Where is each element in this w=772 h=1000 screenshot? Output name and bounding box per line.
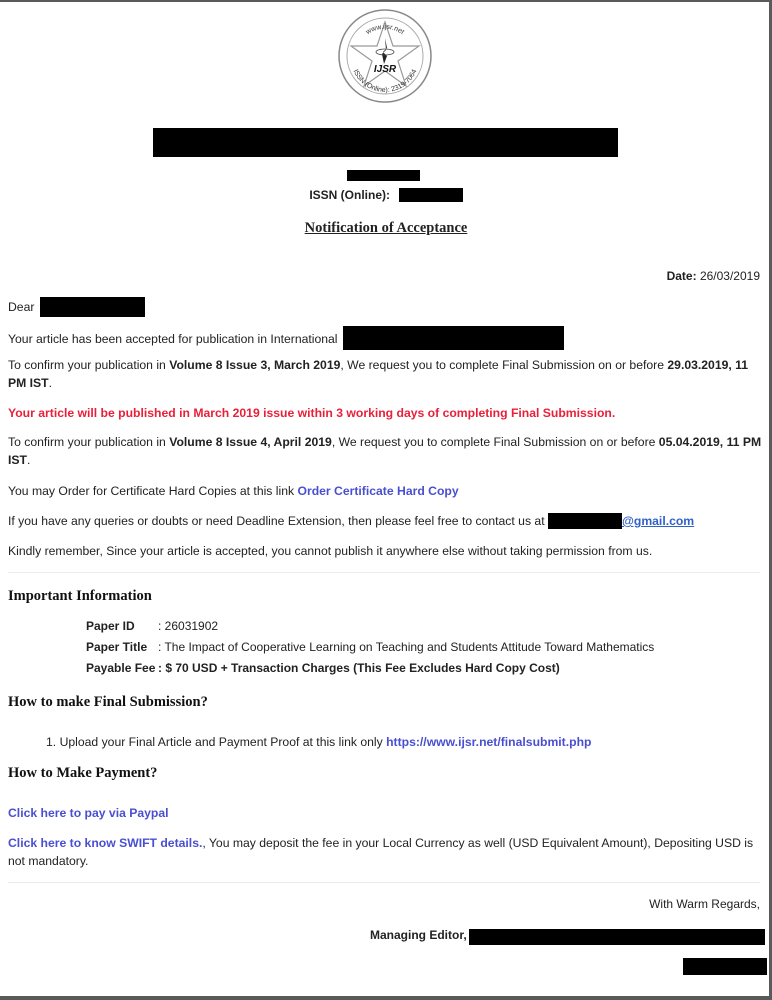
confirm-volume8-issue3: To confirm your publication in Volume 8 … (8, 356, 764, 392)
info-row-paper-title: Paper Title: The Impact of Cooperative L… (86, 639, 654, 655)
confirm1-prefix: To confirm your publication in (8, 358, 169, 372)
divider (8, 572, 760, 573)
confirm-volume8-issue4: To confirm your publication in Volume 8 … (8, 433, 764, 469)
payment-heading: How to Make Payment? (8, 765, 157, 782)
issn-value-redacted (399, 188, 463, 202)
editor-role: Managing Editor, (370, 928, 467, 942)
editor-name-redacted (469, 929, 765, 945)
contact-email-link[interactable]: @gmail.com (622, 514, 694, 528)
journal-subtitle-redacted (347, 170, 420, 181)
svg-text:IJSR: IJSR (374, 64, 397, 75)
confirm2-prefix: To confirm your publication in (8, 435, 169, 449)
regards-text: With Warm Regards, (649, 897, 760, 911)
final-submission-step: 1. Upload your Final Article and Payment… (46, 733, 746, 751)
page-title: Notification of Acceptance (0, 220, 772, 237)
recipient-redacted (40, 297, 145, 317)
certificate-line: You may Order for Certificate Hard Copie… (8, 482, 764, 500)
publish-notice: Your article will be published in March … (8, 404, 764, 422)
certificate-text: You may Order for Certificate Hard Copie… (8, 484, 297, 498)
divider (8, 882, 760, 883)
issn-line: ISSN (Online): (0, 188, 772, 202)
final-submission-heading: How to make Final Submission? (8, 694, 208, 711)
issn-label: ISSN (Online): (309, 188, 390, 202)
confirm1-issue: Volume 8 Issue 3, March 2019 (169, 358, 340, 372)
journal-redacted (343, 326, 564, 350)
step-text: Upload your Final Article and Payment Pr… (60, 735, 387, 749)
paypal-link[interactable]: Click here to pay via Paypal (8, 806, 169, 820)
step-number: 1. (46, 735, 56, 749)
confirm2-issue: Volume 8 Issue 4, April 2019 (169, 435, 332, 449)
info-label: Payable Fee (86, 660, 158, 676)
contact-line: If you have any queries or doubts or nee… (8, 512, 764, 530)
swift-line: Click here to know SWIFT details., You m… (8, 834, 764, 870)
final-submit-link[interactable]: https://www.ijsr.net/finalsubmit.php (386, 735, 591, 749)
info-value: : The Impact of Cooperative Learning on … (158, 640, 654, 654)
paypal-line: Click here to pay via Paypal (8, 804, 764, 822)
info-row-paper-id: Paper ID: 26031902 (86, 618, 218, 634)
confirm2-middle: , We request you to complete Final Submi… (332, 435, 659, 449)
date-label: Date: (667, 269, 697, 283)
journal-seal-logo-icon: IJSR www.ijsr.net ISSN (Online): 2319-70… (337, 8, 433, 104)
order-certificate-link[interactable]: Order Certificate Hard Copy (297, 484, 458, 498)
greeting-text: Dear (8, 300, 34, 314)
contact-text: If you have any queries or doubts or nee… (8, 514, 548, 528)
info-label: Paper Title (86, 639, 158, 655)
greeting: Dear (8, 297, 764, 317)
acceptance-sentence: Your article has been accepted for publi… (8, 332, 338, 346)
acceptance-text: Your article has been accepted for publi… (8, 326, 764, 350)
important-info-heading: Important Information (8, 588, 152, 605)
reminder-text: Kindly remember, Since your article is a… (8, 542, 764, 560)
swift-details-link[interactable]: Click here to know SWIFT details. (8, 836, 202, 850)
info-label: Paper ID (86, 618, 158, 634)
managing-editor-line: Managing Editor, (370, 928, 467, 942)
letter-date: Date: 26/03/2019 (667, 269, 760, 283)
info-row-payable-fee: Payable Fee: $ 70 USD + Transaction Char… (86, 660, 560, 676)
confirm2-suffix: . (27, 453, 30, 467)
info-value: : 26031902 (158, 619, 218, 633)
confirm1-suffix: . (49, 376, 52, 390)
confirm1-middle: , We request you to complete Final Submi… (340, 358, 667, 372)
email-user-redacted (548, 513, 622, 529)
journal-name-redacted (153, 128, 618, 157)
date-value: 26/03/2019 (700, 269, 760, 283)
signature-extra-redacted (683, 958, 767, 975)
info-value: : $ 70 USD + Transaction Charges (This F… (158, 661, 560, 675)
